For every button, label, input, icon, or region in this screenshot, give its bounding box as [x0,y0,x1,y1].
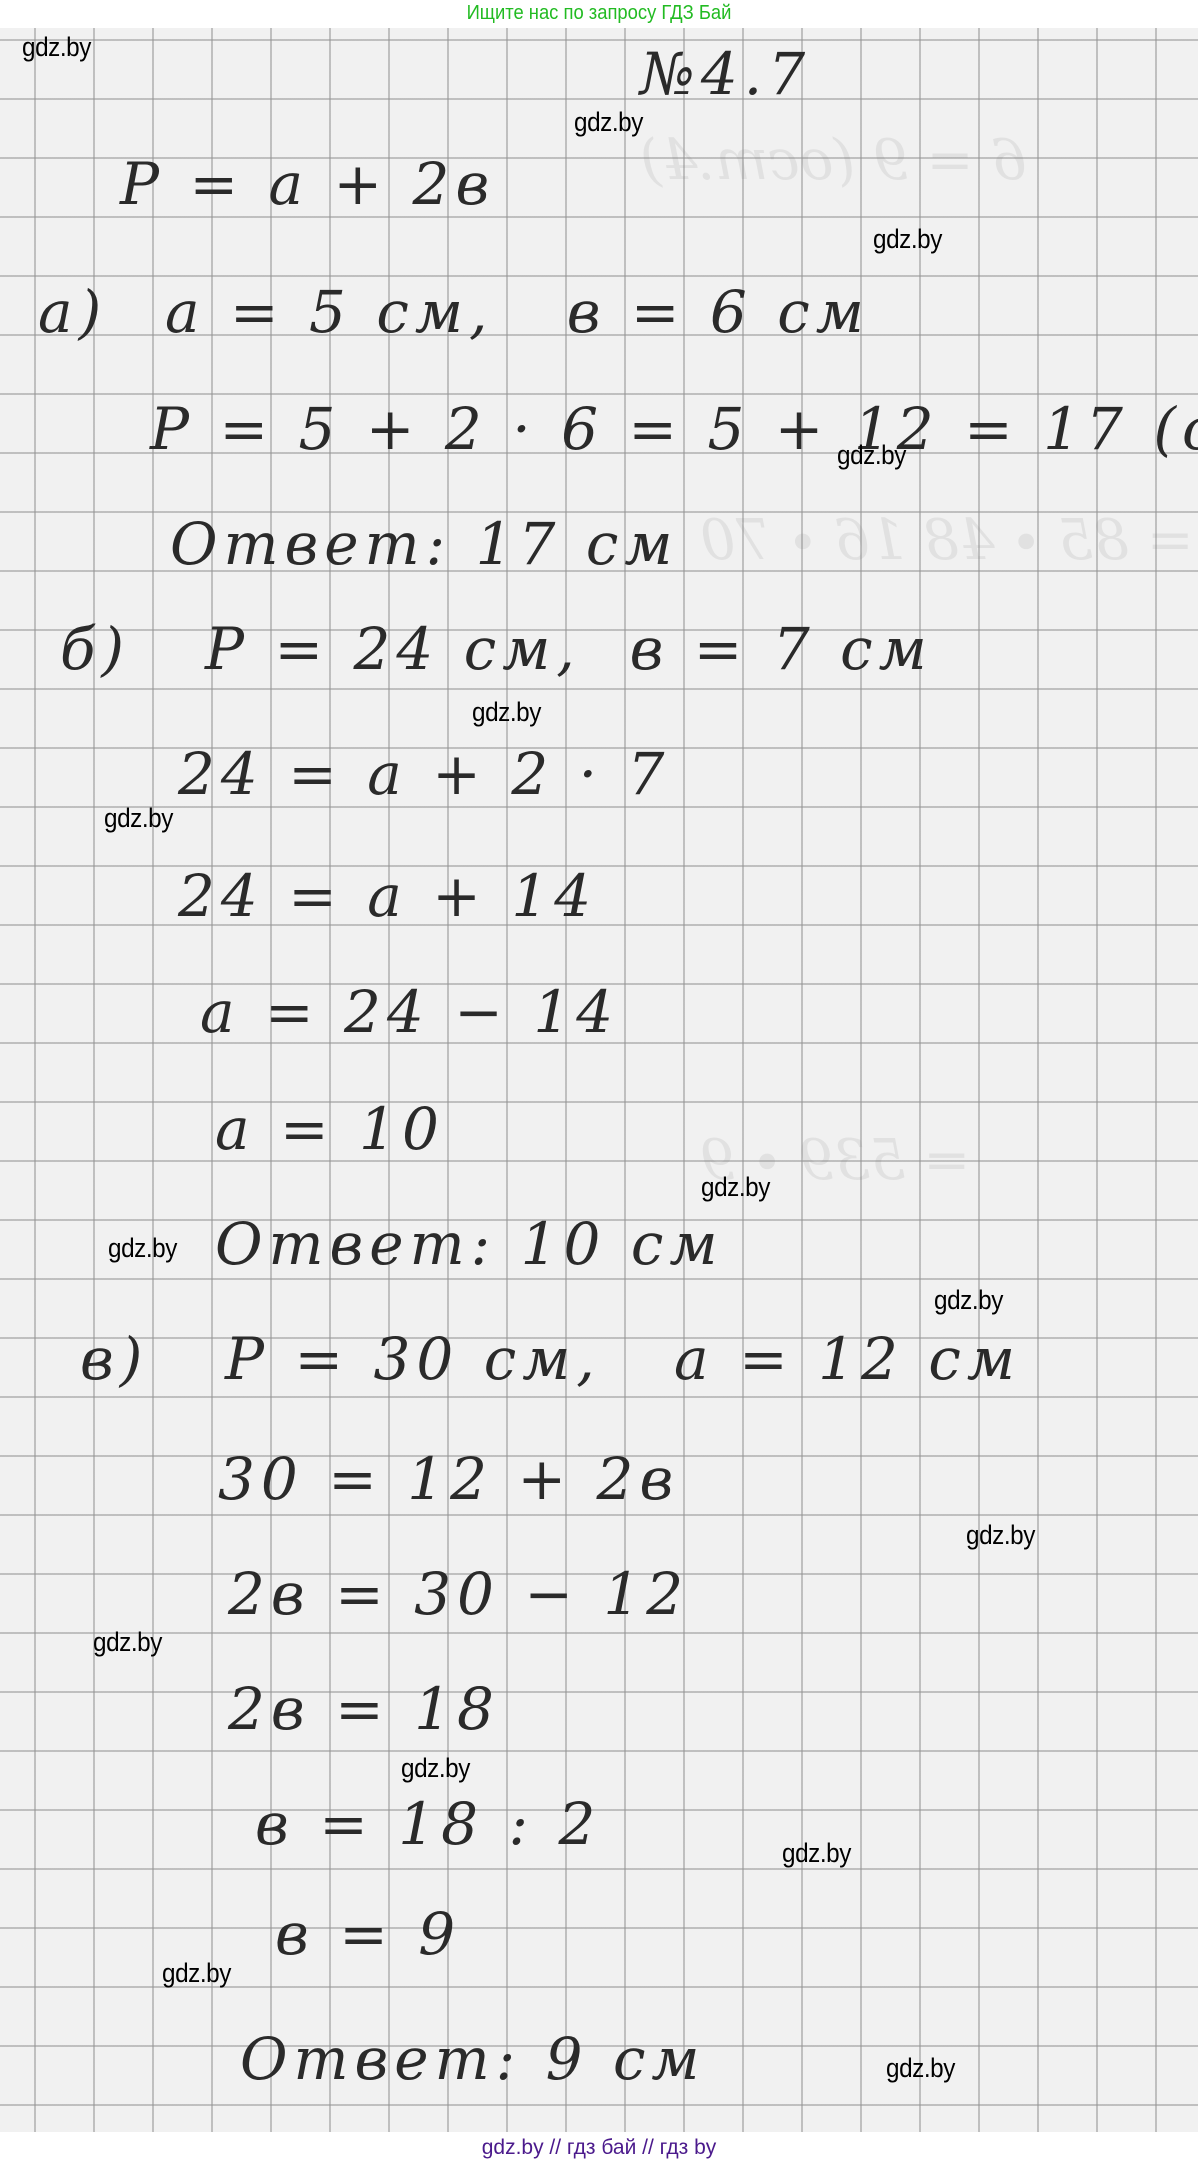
part-c-step-1: 30 = 12 + 2в [218,1445,679,1513]
part-a-step-1: P = 5 + 2 · 6 = 5 + 12 = 17 (см) [150,395,1198,463]
part-b-given: P = 24 см, в = 7 см [205,615,933,683]
bleed-through-text: = 85 ∙ 48 16 ∙ 70 [700,508,1194,573]
search-hint-banner: Ищите нас по запросу ГДЗ Бай [48,0,1150,28]
watermark: gdz.by [472,697,541,728]
watermark: gdz.by [401,1753,470,1784]
watermark: gdz.by [873,224,942,255]
bleed-through-text: 6 = 9 (ост.4) [640,128,1027,193]
watermark: gdz.by [966,1520,1035,1551]
part-b-answer: Ответ: 10 см [215,1210,723,1278]
watermark: gdz.by [22,32,91,63]
watermark: gdz.by [93,1627,162,1658]
problem-number: №4.7 [640,40,811,108]
part-c-answer: Ответ: 9 см [240,2025,706,2093]
part-c-step-4: в = 18 : 2 [255,1790,601,1858]
part-c-step-2: 2в = 30 − 12 [228,1560,689,1628]
part-a-label: а) [38,278,107,346]
part-b-step-4: a = 10 [215,1095,445,1163]
watermark: gdz.by [782,1838,851,1869]
watermark: gdz.by [837,440,906,471]
watermark: gdz.by [701,1172,770,1203]
part-c-step-5: в = 9 [275,1900,461,1968]
watermark: gdz.by [162,1958,231,1989]
watermark: gdz.by [104,803,173,834]
formula: P = a + 2в [120,150,495,218]
part-b-step-1: 24 = a + 2 · 7 [178,740,670,808]
watermark: gdz.by [934,1285,1003,1316]
part-c-label: в) [80,1325,148,1393]
part-c-given: P = 30 см, a = 12 см [225,1325,1021,1393]
footer-banner: gdz.by // гдз бай // гдз by [0,2132,1198,2164]
part-c-step-3: 2в = 18 [228,1675,500,1743]
watermark: gdz.by [886,2053,955,2084]
part-b-step-2: 24 = a + 14 [178,862,597,930]
part-b-label: б) [60,615,130,683]
watermark: gdz.by [108,1233,177,1264]
watermark: gdz.by [574,107,643,138]
part-a-answer: Ответ: 17 см [170,510,678,578]
part-b-step-3: a = 24 − 14 [200,978,619,1046]
part-a-given: a = 5 см, в = 6 см [165,278,870,346]
